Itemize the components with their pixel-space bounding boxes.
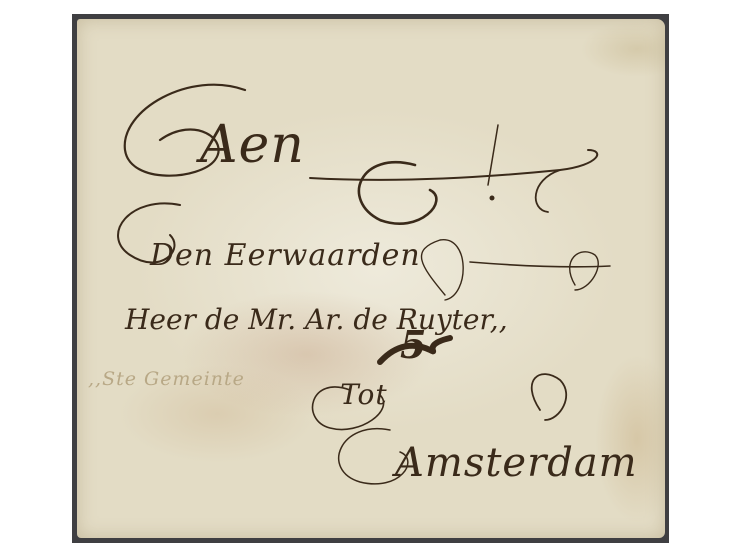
address-line-city: Amsterdam [395, 440, 638, 486]
address-line-den-eerwaarden: Den Eerwaarden [150, 238, 421, 273]
address-line-tot: Tot [340, 378, 388, 411]
rate-mark: 5 [400, 322, 427, 367]
address-line-recipient: Heer de Mr. Ar. de Ruyter,, [125, 303, 508, 336]
address-line-aen: Aen [200, 115, 305, 175]
faded-annotation: ,,Ste Gemeinte [88, 368, 245, 390]
